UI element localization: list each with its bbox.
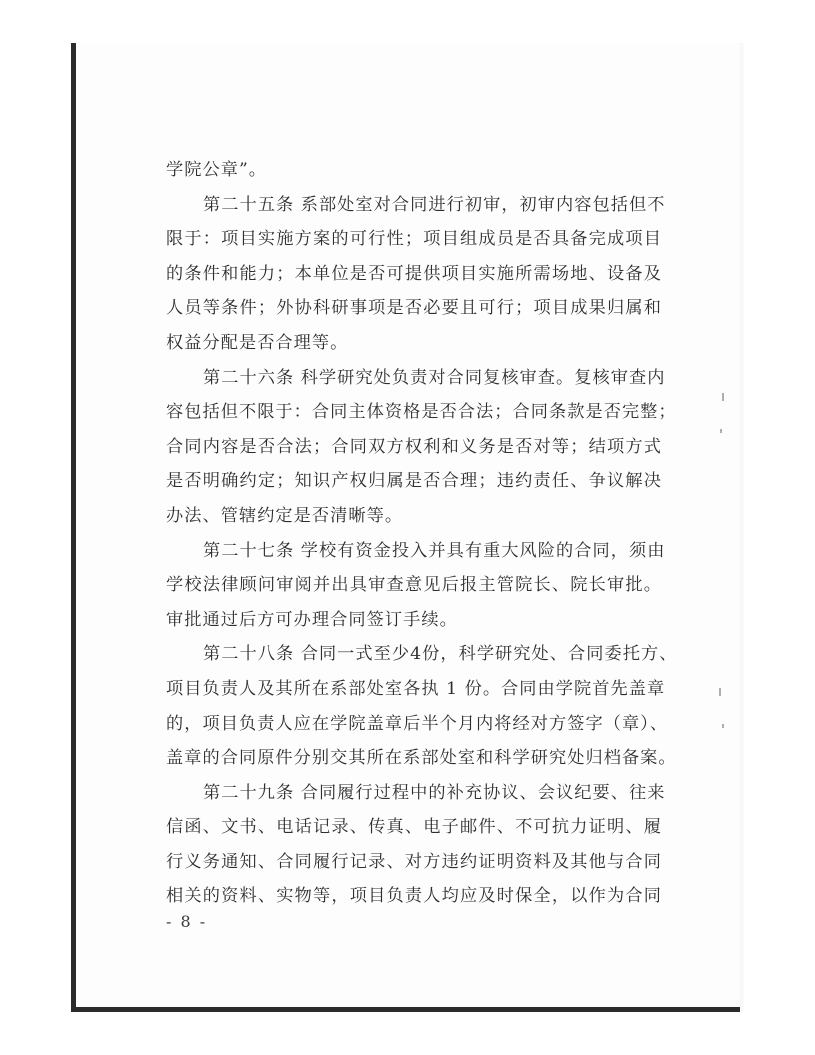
article-28-heading-line: 第二十八条 合同一式至少4份，科学研究处、合同委托方、: [166, 637, 662, 672]
document-body: 学院公章”。 第二十五条 系部处室对合同进行初审，初审内容包括但不 限于：项目实…: [166, 153, 662, 914]
scan-speck: [722, 393, 724, 401]
text-line: 的，项目负责人应在学院盖章后半个月内将经对方签字（章）、: [166, 707, 662, 742]
page-number: - 8 -: [166, 912, 207, 931]
article-25-heading-line: 第二十五条 系部处室对合同进行初审，初审内容包括但不: [166, 188, 662, 223]
text-line: 的条件和能力；本单位是否可提供项目实施所需场地、设备及: [166, 257, 662, 292]
article-26-heading-line: 第二十六条 科学研究处负责对合同复核审查。复核审查内: [166, 361, 662, 396]
text-line: 行义务通知、合同履行记录、对方违约证明资料及其他与合同: [166, 845, 662, 880]
text-line: 项目负责人及其所在系部处室各执 1 份。合同由学院首先盖章: [166, 672, 662, 707]
text-line: 信函、文书、电话记录、传真、电子邮件、不可抗力证明、履: [166, 810, 662, 845]
text-line: 限于：项目实施方案的可行性；项目组成员是否具备完成项目: [166, 222, 662, 257]
text-line: 权益分配是否合理等。: [166, 326, 662, 361]
article-29-heading-line: 第二十九条 合同履行过程中的补充协议、会议纪要、往来: [166, 776, 662, 811]
text-line: 相关的资料、实物等，项目负责人均应及时保全，以作为合同: [166, 879, 662, 914]
text-line: 办法、管辖约定是否清晰等。: [166, 499, 662, 534]
text-line: 学院公章”。: [166, 153, 662, 188]
scan-speck: [719, 688, 721, 696]
page-right-edge: [740, 43, 744, 1012]
scan-speck: [720, 429, 722, 433]
text-line: 人员等条件；外协科研事项是否必要且可行；项目成果归属和: [166, 291, 662, 326]
text-line: 容包括但不限于：合同主体资格是否合法；合同条款是否完整；: [166, 395, 662, 430]
text-line: 是否明确约定；知识产权归属是否合理；违约责任、争议解决: [166, 464, 662, 499]
scan-speck: [722, 724, 724, 728]
article-27-heading-line: 第二十七条 学校有资金投入并具有重大风险的合同，须由: [166, 534, 662, 569]
text-line: 盖章的合同原件分别交其所在系部处室和科学研究处归档备案。: [166, 741, 662, 776]
text-line: 合同内容是否合法；合同双方权利和义务是否对等；结项方式: [166, 430, 662, 465]
text-line: 审批通过后方可办理合同签订手续。: [166, 603, 662, 638]
text-line: 学校法律顾问审阅并出具审查意见后报主管院长、院长审批。: [166, 568, 662, 603]
